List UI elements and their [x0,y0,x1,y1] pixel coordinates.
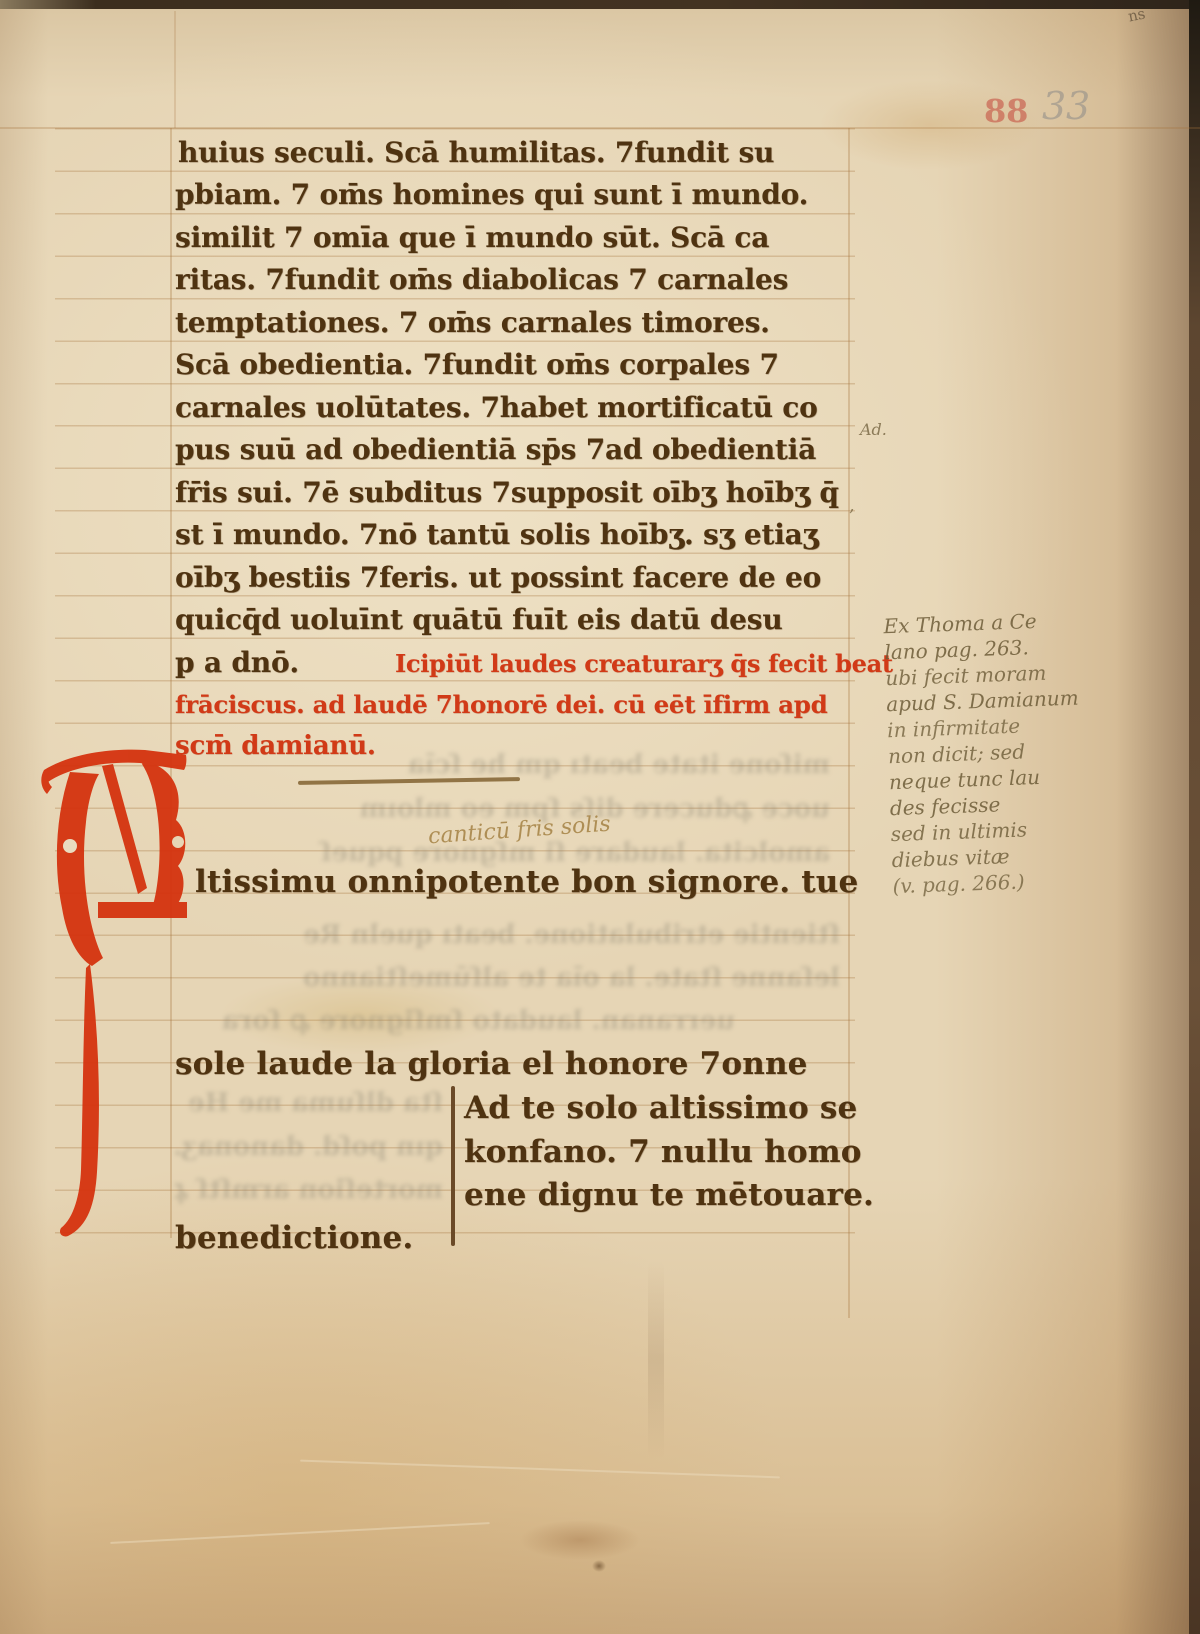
parchment-crease [300,1460,780,1479]
margin-mark: ʼ [848,506,854,527]
show-through-line: ſta dlſuma me He [175,1088,443,1118]
margin-note-ad: Ad. [860,420,887,439]
prologue-line: temptationes. 7 om̄s carnales timores. [175,306,770,339]
canticle-indent-line: konfano. 7 nullu homo [464,1134,862,1170]
prologue-line: carnales uolūtates. 7habet mortificatū c… [175,391,818,424]
folio-number-red-stamp: 88 [984,92,1028,130]
show-through-line: uerranan. laudato ſmſignore ꝓ ſora [175,1006,735,1036]
parchment-crease [110,1522,490,1544]
prologue-line: fr̄is sui. 7ē subditus 7supposit oībʒ ho… [175,476,839,509]
prologue-line: huius seculi. Scā humilitas. 7fundit su [178,136,774,169]
decorated-initial-A [40,742,190,1242]
prologue-line-end: p a dnō. [175,646,299,679]
prologue-line: oībʒ bestiis 7feris. ut possint facere d… [175,561,821,594]
rubric-line: scm̄ damianū. [175,731,376,761]
canticle-indent-line: ene dignu te mētouare. [464,1177,874,1213]
margin-annotation-block: Ex Thoma a Ce lano pag. 263. ubi fecit m… [883,603,1193,899]
canticle-indent-line: Ad te solo altissimo se [464,1090,857,1126]
prologue-line: similit 7 omīa que ī mundo sūt. Scā ca [175,221,769,254]
show-through-line: miſone itate beatı qm he ſcīa [330,750,830,780]
show-through-line: qın poſd. danonaʒ. beatı qrıl [175,1132,443,1162]
parchment-stain [520,1520,640,1560]
prologue-line: quicq̄d uoluīnt quātū fuīt eis datū desu [175,603,783,636]
prologue-line: pbiam. 7 om̄s homines qui sunt ī mundo. [175,178,808,211]
rubric-line: Icipiūt laudes creaturarʒ q̄s fecit beat [395,649,893,678]
book-fore-edge [1189,0,1200,1634]
prologue-line: st ī mundo. 7nō tantū solis hoībʒ. sʒ et… [175,518,818,551]
ink-spot [592,1560,606,1572]
show-through-line: ſtientie etribulatione. beatı queln Re [175,920,840,950]
manuscript-page: miſone itate beatı qm he ſcīa uoce ꝓduce… [0,0,1200,1634]
prologue-line: ritas. 7fundit om̄s diabolicas 7 carnale… [175,263,788,296]
rubric-line: frāciscus. ad laudē 7honorē dei. cū eēt … [175,690,827,719]
canticle-line-benedictione: benedictione. [175,1220,413,1256]
prologue-line: pus suū ad obedientiā sp̄s 7ad obedienti… [175,433,816,466]
fold-shadow [648,1260,664,1460]
folio-number-pencil: 33 [1042,84,1090,128]
canticle-line-sole: sole laude la gloria el honore 7onne [175,1046,808,1082]
show-through-line: morteſion armſtſ ꝓme noſtnam [175,1175,443,1205]
paragraph-divider-bar [451,1086,455,1246]
book-top-edge [0,0,1200,9]
corner-scribble: ns [1126,4,1146,25]
canticle-line-altissimu: ltissimu onnipotente bon signore. tue [195,864,858,900]
show-through-line: leſanne ſtate. la oīa te alſūmeſtianno [175,963,840,993]
ruling-vertical-top-margin [174,11,176,128]
prologue-line: Scā obedientia. 7fundit om̄s corpales 7 [175,348,779,381]
